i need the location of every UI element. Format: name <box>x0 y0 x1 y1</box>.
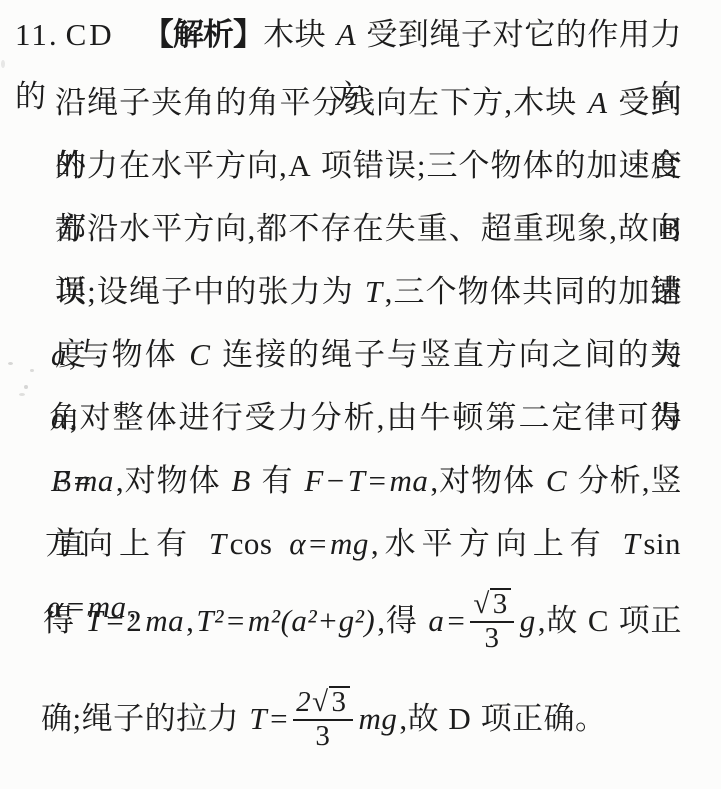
text-run: 得 <box>43 603 83 638</box>
scan-artifact <box>30 369 34 372</box>
text-run: = <box>308 526 328 561</box>
text-run: = <box>367 463 387 498</box>
text-run: C <box>187 337 212 372</box>
solution-document-page: 11.CD【解析】木块 A 受到绳子对它的作用力的方向沿绳子夹角的角平分线向左下… <box>0 0 721 789</box>
problem-number: 11. <box>15 17 59 52</box>
text-line-1: 11.CD【解析】木块 A 受到绳子对它的作用力的方向 <box>15 4 682 71</box>
text-run: α <box>287 526 308 561</box>
radicand: 3 <box>490 588 511 620</box>
fraction: 2√33 <box>293 686 352 751</box>
radical-icon: √ <box>473 590 489 620</box>
text-run: A <box>335 17 358 52</box>
text-run: 2 <box>125 603 143 638</box>
text-line-6: a,与物体 C 连接的绳子与竖直方向之间的夹角为 <box>49 323 682 386</box>
text-run: 确;绳子的拉力 <box>41 701 247 736</box>
text-run: T <box>346 463 368 498</box>
text-run: ,对物体 <box>430 463 543 498</box>
text-run: m²(a²+g²) <box>246 603 377 638</box>
scan-artifact <box>8 362 13 365</box>
text-run: ,得 <box>377 603 426 638</box>
text-run: g <box>518 603 538 638</box>
text-run: D <box>447 701 472 736</box>
text-run: F <box>302 463 325 498</box>
text-run: 沿绳子夹角的角平分线向左下方,木块 <box>55 85 586 120</box>
text-run: = <box>105 603 125 638</box>
text-line-10: 得 T=2ma,T²=m²(a²+g²),得 a=√33g,故 C 项正 <box>43 575 682 667</box>
analysis-label: 【解析】 <box>143 17 263 53</box>
scan-artifact <box>19 393 25 396</box>
text-run: ma <box>387 463 430 498</box>
text-run: cos <box>229 526 288 561</box>
text-run: B <box>659 211 682 246</box>
text-run: ma <box>73 463 116 498</box>
text-run: T <box>247 701 269 736</box>
text-run: ,对整体进行受力分析,由牛顿第二定律可得 <box>70 400 682 435</box>
text-run: a <box>49 337 69 372</box>
scan-artifact <box>1 60 5 68</box>
text-run: 3 <box>55 463 73 498</box>
radicand: 3 <box>329 686 350 718</box>
text-run: C <box>587 603 610 638</box>
text-run: 误;设绳子中的张力为 <box>55 274 363 309</box>
text-line-3: 外力在水平方向,A 项错误;三个物体的加速度方向 <box>55 134 682 197</box>
text-run: 方向上有 <box>45 526 207 561</box>
text-line-4: 都沿水平方向,都不存在失重、超重现象,故 B 项错 <box>55 197 682 260</box>
text-run: ma <box>143 603 186 638</box>
text-run: α <box>49 400 70 435</box>
text-run: a <box>426 603 446 638</box>
text-run: T <box>83 603 105 638</box>
solution-text-block: 11.CD【解析】木块 A 受到绳子对它的作用力的方向沿绳子夹角的角平分线向左下… <box>0 0 721 771</box>
text-run: 有 <box>253 463 303 498</box>
text-line-7: α,对整体进行受力分析,由牛顿第二定律可得 F= <box>49 386 682 449</box>
text-run: ,对物体 <box>116 463 229 498</box>
text-run: 木块 <box>263 17 334 52</box>
text-run: ,故 <box>399 701 447 736</box>
text-run: ,与物体 <box>69 337 187 372</box>
fraction: √33 <box>470 588 513 653</box>
text-run: 都沿水平方向,都不存在失重、超重现象,故 <box>55 211 659 246</box>
text-run: ,水平方向上有 <box>371 526 621 561</box>
text-run: = <box>226 603 246 638</box>
text-line-2: 沿绳子夹角的角平分线向左下方,木块 A 受到的合 <box>55 71 682 134</box>
text-run: T <box>621 526 643 561</box>
text-run: − <box>326 463 346 498</box>
text-run: B <box>229 463 252 498</box>
text-run: C <box>544 463 569 498</box>
scan-artifact <box>24 385 28 389</box>
fraction-numerator: √3 <box>470 588 513 623</box>
text-run: A <box>586 85 609 120</box>
text-run: T <box>207 526 229 561</box>
text-run: mg <box>357 701 400 736</box>
text-run: = <box>269 701 289 736</box>
radical-icon: √ <box>312 688 328 718</box>
fraction-denominator: 3 <box>315 721 330 752</box>
text-line-11: 确;绳子的拉力 T=2√33mg,故 D 项正确。 <box>41 667 682 771</box>
text-run: sin <box>642 526 682 561</box>
text-run: T <box>363 274 385 309</box>
text-run: 外力在水平方向, <box>55 148 287 183</box>
text-run: T² <box>194 603 226 638</box>
text-run: mg <box>328 526 371 561</box>
answer-text: CD <box>66 17 115 52</box>
text-run: ,故 <box>538 603 587 638</box>
text-run: A <box>287 148 312 183</box>
text-run: 项正确。 <box>472 701 606 736</box>
fraction-numerator: 2√3 <box>293 686 352 721</box>
fraction-denominator: 3 <box>485 623 500 654</box>
text-run: = <box>446 603 466 638</box>
text-run: 项正 <box>610 603 682 638</box>
text-line-8: 3ma,对物体 B 有 F−T=ma,对物体 C 分析,竖直 <box>55 449 682 512</box>
text-line-5: 误;设绳子中的张力为 T,三个物体共同的加速度为 <box>55 260 682 323</box>
coefficient: 2 <box>296 688 312 718</box>
text-line-9: 方向上有 Tcos α=mg,水平方向上有 Tsin α=ma, <box>45 512 682 575</box>
